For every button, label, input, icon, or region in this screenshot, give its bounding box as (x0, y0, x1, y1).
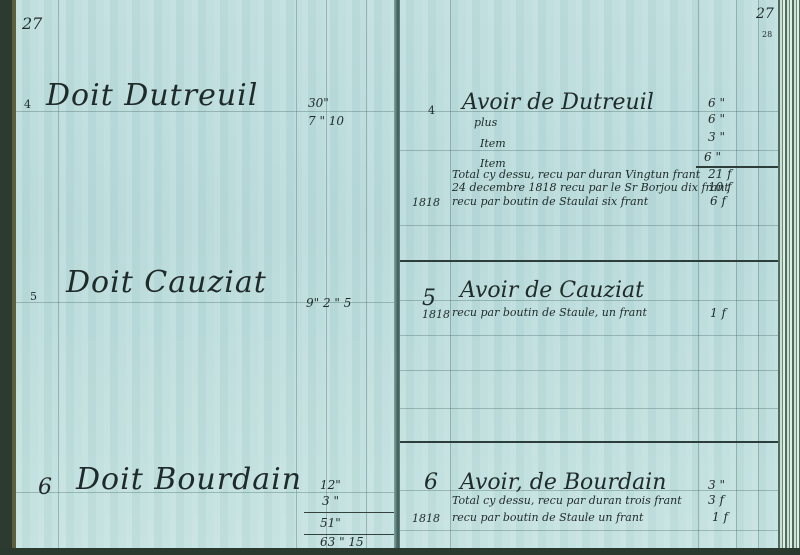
page-subnumber: 28 (762, 30, 772, 39)
amount: 7 " 10 (308, 114, 344, 128)
ledger-spread: 27 4 Doit Dutreuil 30" 7 " 10 5 Doit Cau… (0, 0, 800, 555)
amount: 6 " (704, 150, 721, 164)
entry-index: 5 (30, 290, 37, 303)
amount: 1 f (712, 510, 728, 524)
right-page: 27 28 4 Avoir de Dutreuil 6 " plus 6 " I… (400, 0, 778, 555)
line-label: recu par boutin de Staule, un frant (452, 306, 647, 319)
amount: 3 f (708, 493, 724, 507)
entry-index: 6 (424, 470, 438, 495)
line-label: plus (474, 116, 497, 129)
line-label: recu par boutin de Staulai six frant (452, 195, 648, 208)
page-number: 27 (756, 6, 774, 22)
amount: 6 " (708, 112, 725, 126)
line-label: recu par boutin de Staule un frant (452, 511, 643, 524)
line-label: 24 decembre 1818 recu par le Sr Borjou d… (452, 181, 729, 194)
entry-title-bourdain: Avoir, de Bourdain (460, 470, 666, 495)
year: 1818 (412, 512, 440, 525)
line-label: Item (480, 137, 506, 150)
entry-title-dutreuil: Avoir de Dutreuil (462, 90, 654, 115)
amount: 3 " (708, 478, 725, 492)
amount: 10 f (708, 180, 732, 194)
amount: 6 " (708, 96, 725, 110)
entry-title-cauziat: Doit Cauziat (66, 265, 267, 300)
year: 1818 (412, 196, 440, 209)
amount: 9" 2 " 5 (306, 296, 351, 310)
entry-index: 4 (24, 98, 31, 111)
page-edges (778, 0, 800, 555)
amount: 30" (308, 96, 329, 110)
amount: 51" (320, 516, 341, 530)
entry-title-dutreuil: Doit Dutreuil (46, 78, 258, 113)
line-label: Total cy dessu, recu par duran trois fra… (452, 494, 682, 507)
entry-index: 4 (428, 104, 435, 117)
amount: 1 f (710, 306, 726, 320)
amount: 3 " (708, 130, 725, 144)
amount: 12" (320, 478, 341, 492)
amount: 21 f (708, 167, 732, 181)
page-number: 27 (22, 14, 42, 33)
amount: 6 f (710, 194, 726, 208)
bottom-edge (0, 548, 800, 555)
line-label: Total cy dessu, recu par duran Vingtun f… (452, 168, 700, 181)
amount: 3 " (322, 494, 339, 508)
left-page: 27 4 Doit Dutreuil 30" 7 " 10 5 Doit Cau… (12, 0, 400, 555)
entry-index: 6 (38, 475, 52, 500)
year: 1818 (422, 308, 450, 321)
entry-title-bourdain: Doit Bourdain (76, 462, 302, 497)
entry-title-cauziat: Avoir de Cauziat (460, 278, 644, 303)
total-amount: 63 " 15 (320, 535, 364, 549)
